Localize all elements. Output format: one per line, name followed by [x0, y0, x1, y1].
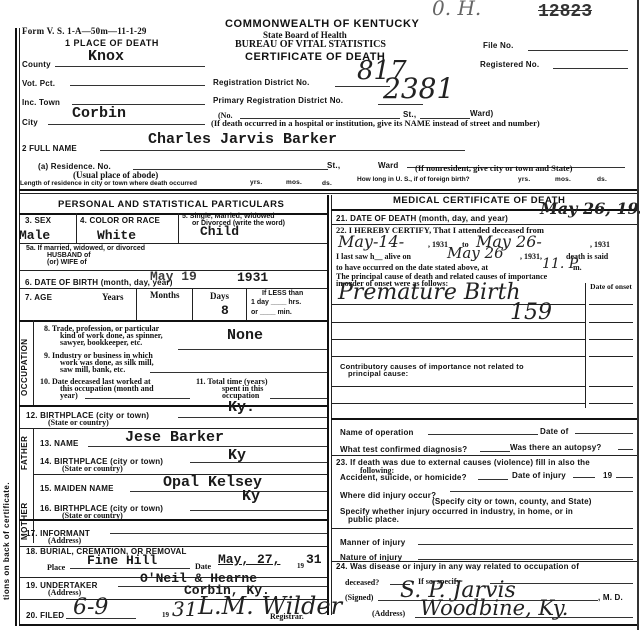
- residence-st-label: St.,: [327, 161, 340, 170]
- burial-year-value: 31: [306, 552, 322, 567]
- months-label: Months: [150, 290, 180, 300]
- father-name-label: 13. NAME: [40, 439, 79, 448]
- last-saw-year: , 1931,: [520, 252, 542, 261]
- last-worked-label-3: year): [60, 391, 78, 400]
- trade-value: None: [227, 327, 263, 344]
- physician-address-label: (Address): [372, 609, 405, 618]
- foreign-birth-label: How long in U. S., if of foreign birth?: [357, 176, 470, 183]
- days-value: 8: [221, 303, 229, 318]
- county-value: Knox: [88, 48, 124, 65]
- test-label: What test confirmed diagnosis?: [340, 445, 467, 454]
- less-than-label-1: If LESS than: [262, 290, 303, 297]
- file-no-label: File No.: [483, 41, 514, 50]
- date-of-onset-label: Date of onset: [590, 283, 632, 291]
- foreign-yrs: yrs.: [518, 176, 530, 183]
- spouse-label-3: (or) WIFE of: [47, 259, 87, 266]
- pencil-mark: 0. H.: [432, 0, 481, 20]
- operation-date-label: Date of: [540, 427, 569, 436]
- left-border: [15, 28, 17, 626]
- attended-to-year: , 1931: [590, 240, 610, 249]
- bureau-title: BUREAU OF VITAL STATISTICS: [235, 39, 386, 50]
- industry-label-3: saw mill, bank, etc.: [60, 365, 125, 374]
- foreign-mos: mos.: [555, 176, 571, 183]
- contributory-label-2: principal cause:: [348, 369, 408, 378]
- less-than-label-3: or ____ min.: [251, 309, 292, 316]
- res-yrs: yrs.: [250, 179, 262, 186]
- specify-label-2: public place.: [348, 515, 399, 524]
- ward-label: Ward): [470, 109, 493, 118]
- father-side-label: FATHER: [20, 436, 29, 470]
- hospital-note: (If death occurred in a hospital or inst…: [211, 118, 540, 128]
- center-divider: [327, 195, 329, 615]
- filed-date-value: 6-9: [73, 595, 108, 620]
- occupation-related-label-2: deceased?: [345, 578, 379, 587]
- occupation-related-label-1: 24. Was disease or injury in any way rel…: [336, 562, 579, 571]
- where-injury-label: Where did injury occur?: [340, 491, 436, 500]
- sex-label: 3. SEX: [25, 216, 51, 225]
- stamp-number: 12823: [538, 2, 592, 22]
- informant-address-label: (Address): [48, 536, 81, 545]
- full-name-label: 2 FULL NAME: [22, 144, 77, 153]
- race-value: White: [97, 228, 136, 243]
- date-of-death-label: 21. DATE OF DEATH (month, day, and year): [336, 214, 508, 223]
- injury-year-label: 19: [603, 471, 612, 480]
- burial-place-label: Place: [47, 563, 65, 572]
- full-name-value: Charles Jarvis Barker: [148, 131, 337, 148]
- md-label: , M. D.: [598, 593, 623, 602]
- years-label: Years: [102, 292, 124, 302]
- county-label: County: [22, 60, 51, 69]
- foreign-ds: ds.: [597, 176, 607, 183]
- mother-maiden-label: 15. MAIDEN NAME: [40, 484, 114, 493]
- date-of-death-value: May 26, 1931: [540, 199, 640, 218]
- filed-year-value: 31: [172, 597, 197, 621]
- primary-reg-value: 2381: [383, 72, 454, 105]
- inc-town-label: Inc. Town: [22, 98, 60, 107]
- dob-year: 1931: [237, 270, 268, 285]
- usual-abode-label: (Usual place of abode): [73, 170, 158, 180]
- filed-label: 20. FILED: [26, 611, 64, 620]
- race-label: 4. COLOR OR RACE: [80, 216, 160, 225]
- right-border: [637, 0, 639, 630]
- reg-district-label: Registration District No.: [213, 78, 310, 87]
- occurred-label: to have occurred on the date stated abov…: [336, 263, 488, 272]
- injury-date-label: Date of injury: [512, 471, 566, 480]
- marital-label-1: 5. Single, Married, Widowed: [182, 213, 275, 220]
- burial-year-prefix: 19: [297, 562, 304, 570]
- days-label: Days: [210, 291, 229, 301]
- birthplace-sub: (State or country): [48, 418, 109, 427]
- primary-reg-label: Primary Registration District No.: [213, 96, 343, 105]
- place-of-death-title: 1 PLACE OF DEATH: [65, 38, 159, 48]
- birthplace-value: Ky.: [228, 399, 255, 416]
- form-number: Form V. S. 1-A—50m—11-1-29: [22, 26, 147, 36]
- vot-pct-label: Vot. Pct.: [22, 79, 55, 88]
- commonwealth-title: COMMONWEALTH OF KENTUCKY: [225, 18, 419, 30]
- where-injury-sub: (Specify city or town, county, and State…: [432, 497, 592, 506]
- spouse-label-2: HUSBAND of: [47, 252, 91, 259]
- trade-label-3: sawyer, bookkeeper, etc.: [60, 338, 142, 347]
- operation-label: Name of operation: [340, 428, 414, 437]
- manner-label: Manner of injury: [340, 538, 405, 547]
- spouse-label-1: 5a. If married, widowed, or divorced: [26, 245, 145, 252]
- registered-no-label: Registered No.: [480, 60, 539, 69]
- sex-value: Male: [19, 228, 50, 243]
- accident-label: Accident, suicide, or homicide?: [340, 473, 467, 482]
- cause-value: Premature Birth: [338, 280, 521, 305]
- last-saw-value: May 26: [447, 244, 504, 262]
- burial-place-value: Fine Hill: [87, 553, 157, 568]
- registrar-label: Registrar.: [270, 612, 304, 621]
- mother-birthplace-value: Ky: [242, 488, 260, 505]
- less-than-label-2: 1 day ____ hrs.: [251, 299, 301, 306]
- burial-date-value: May, 27,: [218, 552, 280, 567]
- age-label: 7. AGE: [25, 293, 52, 302]
- last-saw-label: I last saw h__ alive on: [336, 252, 411, 261]
- marital-value: Child: [200, 224, 239, 239]
- residence-ward-label: Ward: [378, 161, 399, 170]
- filed-year-prefix: 19: [162, 611, 169, 619]
- city-value: Corbin: [72, 105, 126, 122]
- residence-length-label: Length of residence in city or town wher…: [20, 180, 197, 187]
- autopsy-label: Was there an autopsy?: [510, 443, 601, 452]
- dob-month-day: May 19: [150, 269, 197, 284]
- nonresident-note: (If nonresident, give city or town and S…: [415, 163, 572, 173]
- father-name-value: Jese Barker: [125, 429, 224, 446]
- personal-section-title: PERSONAL AND STATISTICAL PARTICULARS: [58, 199, 284, 210]
- margin-note: tions on back of certificate.: [2, 482, 11, 600]
- res-mos: mos.: [286, 179, 302, 186]
- res-ds: ds.: [322, 180, 332, 187]
- burial-date-label: Date: [195, 562, 211, 571]
- attended-from-year: , 1931: [428, 240, 448, 249]
- center-divider-2: [331, 195, 332, 615]
- father-birthplace-sub: (State or country): [62, 464, 123, 473]
- occurred-m-label: m.: [573, 263, 582, 272]
- signed-label: (Signed): [345, 593, 373, 602]
- city-label: City: [22, 118, 38, 127]
- attended-from-value: May-14-: [338, 232, 404, 251]
- occupation-side-label: OCCUPATION: [20, 338, 29, 396]
